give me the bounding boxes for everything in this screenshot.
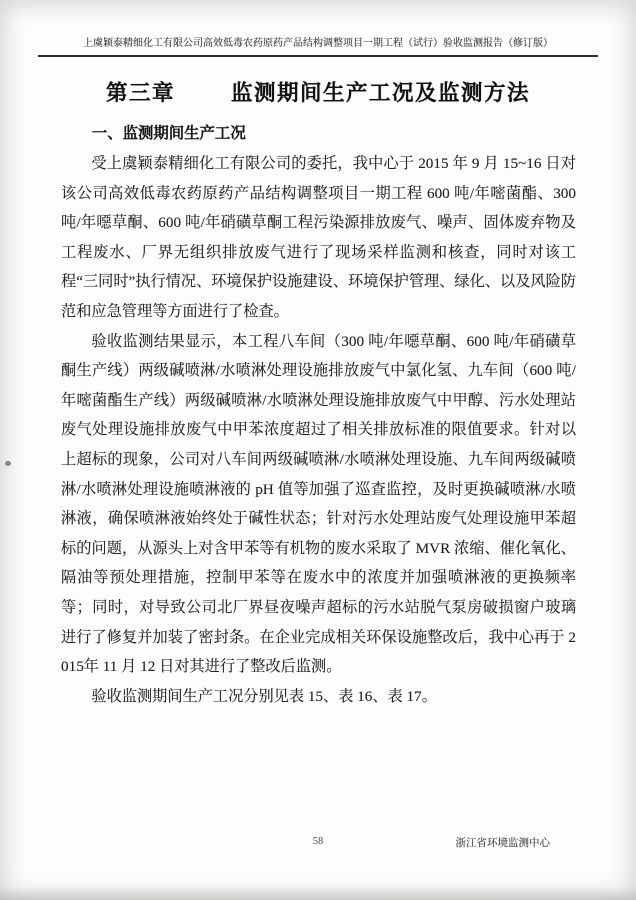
document-body: 一、监测期间生产工况 受上虞颖泰精细化工有限公司的委托，我中心于 2015 年 … bbox=[61, 119, 576, 711]
running-header-text: 上虞颖泰精细化工有限公司高效低毒农药原药产品结构调整项目一期工程（试行）验收监测… bbox=[83, 38, 553, 49]
footer-organization: 浙江省环境监测中心 bbox=[456, 835, 551, 850]
section-heading: 一、监测期间生产工况 bbox=[61, 119, 576, 149]
paragraph-results: 验收监测结果显示，本工程八车间（300 吨/年噁草酮、600 吨/年硝磺草酮生产… bbox=[61, 327, 576, 682]
scan-speck bbox=[5, 461, 11, 466]
chapter-number: 第三章 bbox=[106, 81, 175, 105]
chapter-title: 第三章监测期间生产工况及监测方法 bbox=[0, 76, 636, 107]
paragraph-tables-reference: 验收监测期间生产工况分别见表 15、表 16、表 17。 bbox=[61, 682, 576, 712]
running-header: 上虞颖泰精细化工有限公司高效低毒农药原药产品结构调整项目一期工程（试行）验收监测… bbox=[38, 37, 598, 57]
paragraph-intro: 受上虞颖泰精细化工有限公司的委托，我中心于 2015 年 9 月 15~16 日… bbox=[61, 149, 576, 327]
scan-edge-smudge bbox=[0, 886, 636, 900]
document-page: 上虞颖泰精细化工有限公司高效低毒农药原药产品结构调整项目一期工程（试行）验收监测… bbox=[0, 0, 636, 900]
chapter-name: 监测期间生产工况及监测方法 bbox=[231, 81, 530, 105]
